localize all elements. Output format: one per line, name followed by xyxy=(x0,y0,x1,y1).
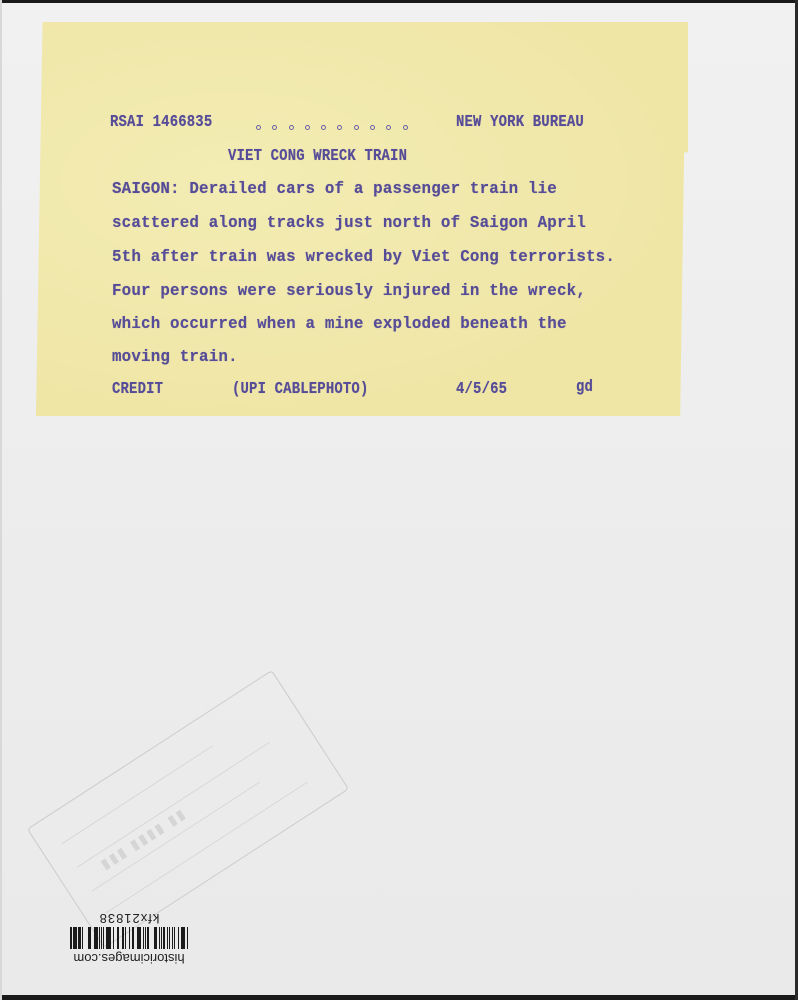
leader-dot xyxy=(321,125,326,130)
leader-dot xyxy=(386,125,391,130)
barcode-id: kfx21838 xyxy=(66,911,192,926)
leader-dot xyxy=(289,125,294,130)
stamp-ghost-text: ▮▮ ▮▮▮▮ ▮▮▮ xyxy=(97,807,189,875)
caption-body-line: scattered along tracks just north of Sai… xyxy=(112,214,586,233)
scan-border-left xyxy=(0,0,2,1000)
leader-dot xyxy=(370,125,375,130)
scan-border-top xyxy=(0,0,798,3)
caption-body-line: Four persons were seriously injured in t… xyxy=(112,282,586,301)
leader-dot xyxy=(256,125,261,130)
caption-body-line: which occurred when a mine exploded bene… xyxy=(112,315,567,334)
credit-label: CREDIT xyxy=(112,380,163,399)
barcode-sticker: historicimages.com kfx21838 xyxy=(66,910,192,966)
credit-source: (UPI CABLEPHOTO) xyxy=(232,380,368,399)
barcode-site: historicimages.com xyxy=(66,951,192,966)
caption-body-line: moving train. xyxy=(112,348,238,367)
leader-dot xyxy=(337,125,342,130)
leader-dot xyxy=(305,125,310,130)
leader-dot xyxy=(354,125,359,130)
caption-body-line: 5th after train was wrecked by Viet Cong… xyxy=(112,248,615,267)
scan-border-bottom xyxy=(0,995,798,1000)
caption-headline: VIET CONG WRECK TRAIN xyxy=(228,147,407,166)
credit-initials: gd xyxy=(576,378,593,397)
dot-leader xyxy=(256,125,408,130)
caption-body-line: SAIGON: Derailed cars of a passenger tra… xyxy=(112,180,557,199)
barcode-icon xyxy=(70,927,188,949)
leader-dot xyxy=(403,125,408,130)
caption-code: RSAI 1466835 xyxy=(110,113,212,132)
caption-bureau: NEW YORK BUREAU xyxy=(456,113,584,132)
credit-date: 4/5/65 xyxy=(456,380,507,399)
leader-dot xyxy=(272,125,277,130)
